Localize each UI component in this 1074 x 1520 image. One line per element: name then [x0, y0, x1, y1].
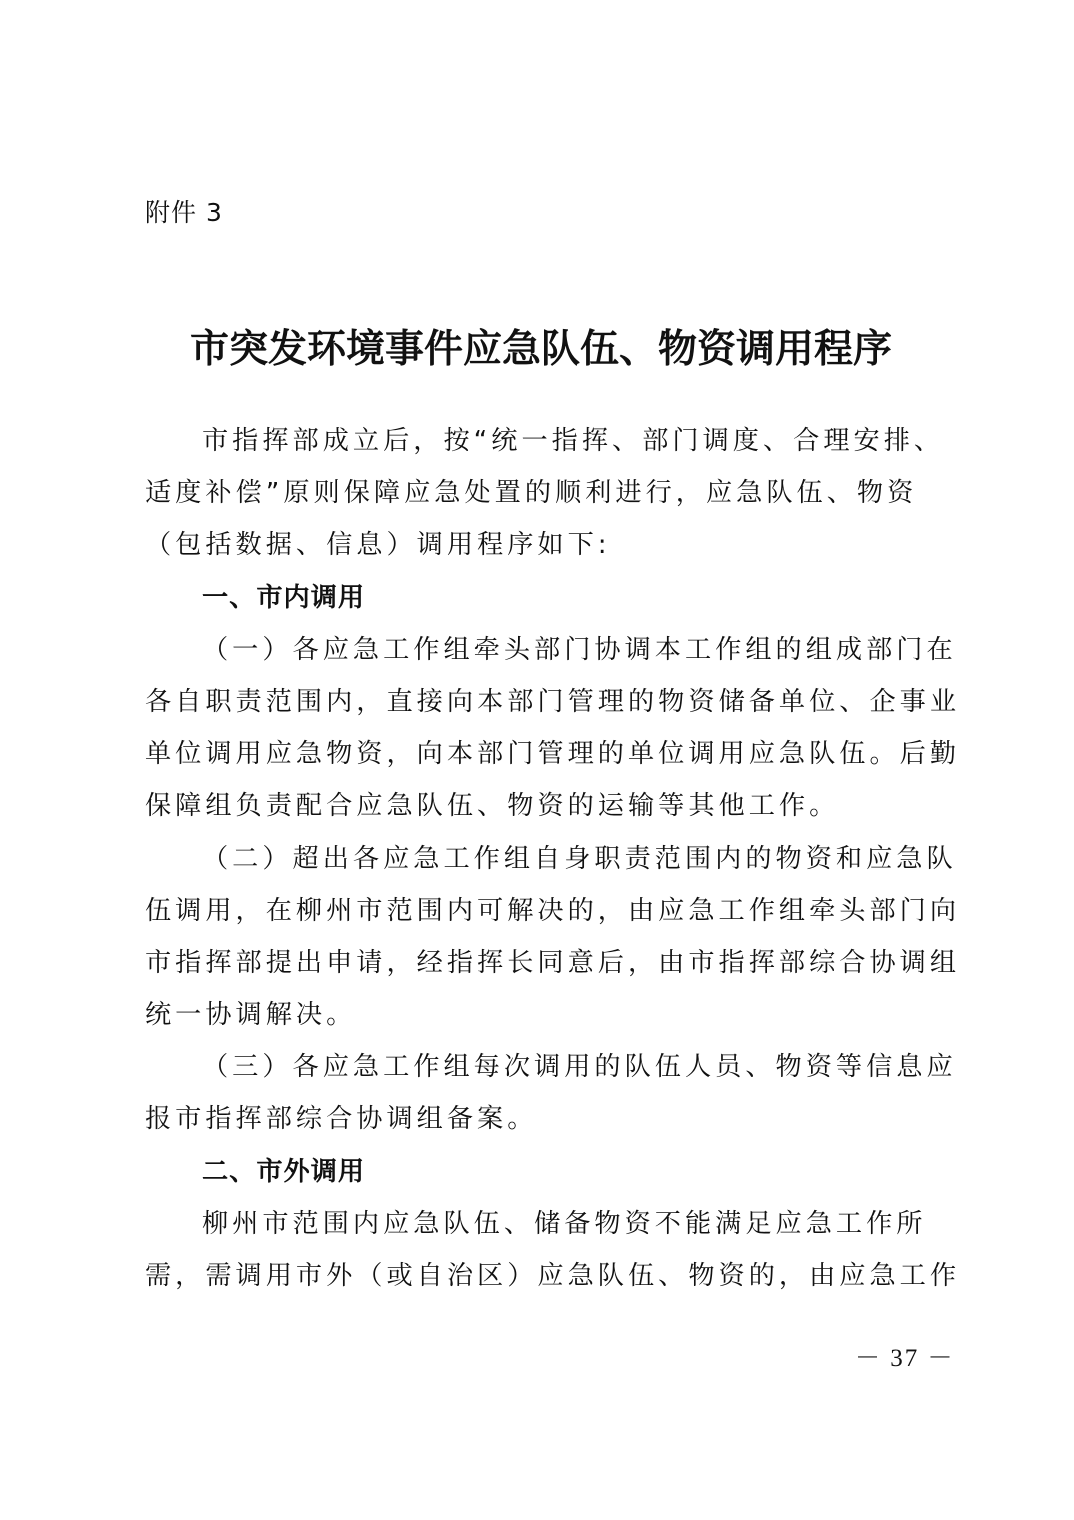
section-heading-2: 二、市外调用 — [145, 1146, 930, 1198]
paragraph-line: 单位调用应急物资，向本部门管理的单位调用应急队伍。后勤 — [145, 728, 930, 780]
section-heading-1: 一、市内调用 — [145, 572, 930, 624]
paragraph-line: 伍调用，在柳州市范围内可解决的，由应急工作组牵头部门向 — [145, 885, 930, 937]
paragraph-line: 适度补偿”原则保障应急处置的顺利进行，应急队伍、物资 — [145, 467, 930, 519]
document-title: 市突发环境事件应急队伍、物资调用程序 — [0, 318, 1074, 374]
paragraph-line: （二）超出各应急工作组自身职责范围内的物资和应急队 — [145, 833, 930, 885]
document-body: 市指挥部成立后，按“统一指挥、部门调度、合理安排、 适度补偿”原则保障应急处置的… — [145, 415, 930, 1302]
paragraph-line: （包括数据、信息）调用程序如下: — [145, 519, 930, 571]
paragraph-line: 统一协调解决。 — [145, 989, 930, 1041]
paragraph-line: （三）各应急工作组每次调用的队伍人员、物资等信息应 — [145, 1041, 930, 1093]
paragraph-line: （一）各应急工作组牵头部门协调本工作组的组成部门在 — [145, 624, 930, 676]
paragraph-line: 保障组负责配合应急队伍、物资的运输等其他工作。 — [145, 780, 930, 832]
paragraph-line: 各自职责范围内，直接向本部门管理的物资储备单位、企事业 — [145, 676, 930, 728]
attachment-label: 附件 3 — [145, 193, 223, 229]
page-number: － 37 － — [855, 1338, 955, 1374]
paragraph-line: 报市指挥部综合协调组备案。 — [145, 1093, 930, 1145]
paragraph-line: 柳州市范围内应急队伍、储备物资不能满足应急工作所 — [145, 1198, 930, 1250]
paragraph-line: 市指挥部提出申请，经指挥长同意后，由市指挥部综合协调组 — [145, 937, 930, 989]
paragraph-line: 需，需调用市外（或自治区）应急队伍、物资的，由应急工作 — [145, 1250, 930, 1302]
paragraph-line: 市指挥部成立后，按“统一指挥、部门调度、合理安排、 — [145, 415, 930, 467]
